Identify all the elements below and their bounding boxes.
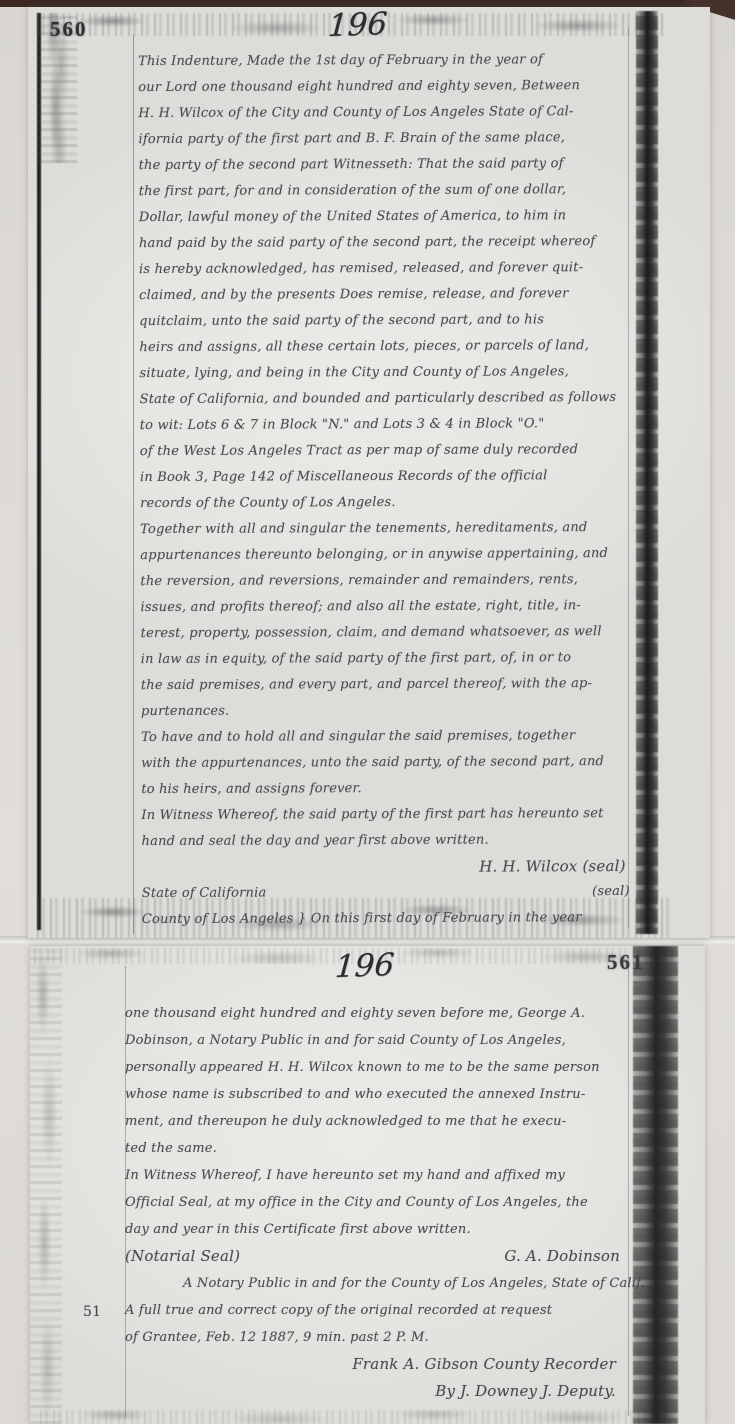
handwritten-line: In Witness Whereof, I have hereunto set … [125, 1162, 620, 1189]
handwritten-line: appurtenances thereunto belonging, or in… [140, 541, 628, 569]
handwritten-line: quitclaim, unto the said party of the se… [139, 307, 627, 335]
line-text: ted the same. [125, 1141, 217, 1156]
line-text: Frank A. Gibson County Recorder [352, 1355, 616, 1373]
handwritten-line: our Lord one thousand eight hundred and … [138, 73, 626, 101]
line-text: Dobinson, a Notary Public in and for sai… [125, 1033, 566, 1048]
handwritten-line: the party of the second part Witnesseth:… [139, 151, 627, 179]
handwritten-line: 51A full true and correct copy of the or… [125, 1297, 620, 1324]
page2-right-rule [628, 956, 629, 1416]
line-text: heirs and assigns, all these certain lot… [139, 338, 589, 355]
line-text: of the West Los Angeles Tract as per map… [140, 442, 578, 459]
line-text: By J. Downey J. Deputy. [435, 1382, 616, 1400]
line-text: (Notarial Seal) [125, 1247, 240, 1265]
handwritten-line: A Notary Public in and for the County of… [125, 1270, 620, 1297]
line-text: ment, and thereupon he duly acknowledged… [125, 1114, 566, 1129]
line-text: Official Seal, at my office in the City … [125, 1195, 588, 1210]
line-text: of Grantee, Feb. 12 1887, 9 min. past 2 … [125, 1330, 429, 1345]
line-text: To have and to hold all and singular the… [141, 728, 575, 745]
line-text: one thousand eight hundred and eighty se… [125, 1006, 585, 1021]
line-text: whose name is subscribed to and who exec… [125, 1087, 585, 1102]
handwritten-line: the first part, for and in consideration… [139, 177, 627, 205]
handwritten-line: H. H. Wilcox of the City and County of L… [138, 99, 626, 127]
handwritten-line: To have and to hold all and singular the… [141, 723, 629, 751]
page1-deed-text: This Indenture, Made the 1st day of Febr… [138, 47, 630, 933]
handwritten-line: situate, lying, and being in the City an… [139, 359, 627, 387]
line-text: in law as in equity, of the said party o… [141, 650, 571, 667]
line-text: our Lord one thousand eight hundred and … [138, 78, 580, 95]
line-text: terest, property, possession, claim, and… [141, 624, 602, 641]
line-text: A Notary Public in and for the County of… [183, 1276, 645, 1291]
page2-bottom-scan-band [40, 1410, 665, 1424]
line-text: is hereby acknowledged, has remised, rel… [139, 260, 583, 277]
handwritten-line: ment, and thereupon he duly acknowledged… [125, 1108, 620, 1135]
handwritten-line: is hereby acknowledged, has remised, rel… [139, 255, 627, 283]
handwritten-line: with the appurtenances, unto the said pa… [141, 749, 629, 777]
line-text: records of the County of Los Angeles. [140, 495, 396, 511]
handwritten-line: one thousand eight hundred and eighty se… [125, 1000, 620, 1027]
handwritten-line: day and year in this Certificate first a… [125, 1216, 620, 1243]
line-text: quitclaim, unto the said party of the se… [139, 312, 544, 329]
handwritten-line: heirs and assigns, all these certain lot… [139, 333, 627, 361]
handwritten-line: Frank A. Gibson County Recorder [125, 1351, 620, 1378]
line-text: claimed, and by the presents Does remise… [139, 286, 568, 303]
line-text: purtenances. [141, 704, 230, 719]
handwritten-line: hand paid by the said party of the secon… [139, 229, 627, 257]
line-text: Dollar, lawful money of the United State… [139, 208, 566, 225]
handwritten-line: H. H. Wilcox (seal) [142, 853, 630, 881]
line-text: Together with all and singular the tenem… [140, 520, 587, 537]
line-text: H. H. Wilcox of the City and County of L… [138, 104, 573, 121]
line-text: in Book 3, Page 142 of Miscellaneous Rec… [140, 468, 548, 485]
handwritten-line: County of Los Angeles } On this first da… [142, 905, 630, 933]
handwritten-line: purtenances. [141, 697, 629, 725]
handwritten-line: of the West Los Angeles Tract as per map… [140, 437, 628, 465]
line-text: personally appeared H. H. Wilcox known t… [125, 1060, 600, 1075]
handwritten-line: the reversion, and reversions, remainder… [140, 567, 628, 595]
handwritten-line: records of the County of Los Angeles. [140, 489, 628, 517]
handwritten-line: the said premises, and every part, and p… [141, 671, 629, 699]
line-text: with the appurtenances, unto the said pa… [141, 754, 604, 771]
handwritten-line: of Grantee, Feb. 12 1887, 9 min. past 2 … [125, 1324, 620, 1351]
line-text: hand and seal the day and year first abo… [141, 833, 488, 850]
line-text: A full true and correct copy of the orig… [125, 1303, 552, 1318]
handwritten-line: State of California(seal) [142, 879, 630, 907]
handwritten-line: Dollar, lawful money of the United State… [139, 203, 627, 231]
handwritten-line: terest, property, possession, claim, and… [141, 619, 629, 647]
line-right-text: G. A. Dobinson [504, 1243, 620, 1270]
line-text: hand paid by the said party of the secon… [139, 234, 595, 251]
line-text: the first part, for and in consideration… [139, 182, 567, 199]
line-text: H. H. Wilcox (seal) [479, 857, 626, 876]
deed-page-scan-2: 196 561 one thousand eight hundred and e… [30, 946, 705, 1424]
line-text: State of California, and bounded and par… [140, 390, 617, 407]
line-text: appurtenances thereunto belonging, or in… [140, 546, 608, 563]
margin-entry-number: 51 [83, 1299, 101, 1326]
line-text: This Indenture, Made the 1st day of Febr… [138, 52, 543, 69]
line-text: the reversion, and reversions, remainder… [140, 572, 578, 589]
handwritten-line: in Book 3, Page 142 of Miscellaneous Rec… [140, 463, 628, 491]
handwritten-line: Together with all and singular the tenem… [140, 515, 628, 543]
handwritten-line: By J. Downey J. Deputy. [125, 1378, 620, 1405]
page2-record-number: 196 [334, 947, 396, 985]
line-text: situate, lying, and being in the City an… [139, 364, 569, 381]
handwritten-line: whose name is subscribed to and who exec… [125, 1081, 620, 1108]
page2-left-scan-blotch [30, 946, 62, 1424]
handwritten-line: ted the same. [125, 1135, 620, 1162]
line-text: to his heirs, and assigns forever. [141, 781, 362, 797]
handwritten-line: personally appeared H. H. Wilcox known t… [125, 1054, 620, 1081]
handwritten-line: Dobinson, a Notary Public in and for sai… [125, 1027, 620, 1054]
page2-book-page-number: 561 [607, 950, 645, 975]
scanned-deed-photo: { "document": { "type": "recorded quitcl… [0, 0, 735, 1424]
page1-margin-rule [133, 35, 134, 934]
handwritten-line: to wit: Lots 6 & 7 in Block "N." and Lot… [140, 411, 628, 439]
line-text: the party of the second part Witnesseth:… [139, 156, 564, 173]
handwritten-line: hand and seal the day and year first abo… [141, 827, 629, 855]
page1-binding-shadow [636, 11, 658, 934]
handwritten-line: This Indenture, Made the 1st day of Febr… [138, 47, 626, 75]
handwritten-line: State of California, and bounded and par… [140, 385, 628, 413]
handwritten-line: to his heirs, and assigns forever. [141, 775, 629, 803]
line-right-text: (seal) [592, 879, 630, 905]
line-text: the said premises, and every part, and p… [141, 676, 592, 693]
page1-record-number: 196 [327, 6, 389, 44]
handwritten-line: ifornia party of the first part and B. F… [138, 125, 626, 153]
line-text: County of Los Angeles } On this first da… [142, 910, 582, 927]
handwritten-line: Official Seal, at my office in the City … [125, 1189, 620, 1216]
page2-notary-text: one thousand eight hundred and eighty se… [125, 1000, 620, 1405]
line-text: day and year in this Certificate first a… [125, 1222, 471, 1237]
line-text: to wit: Lots 6 & 7 in Block "N." and Lot… [140, 416, 545, 433]
page1-book-page-number: 560 [50, 17, 88, 42]
handwritten-line: in law as in equity, of the said party o… [141, 645, 629, 673]
handwritten-line: claimed, and by the presents Does remise… [139, 281, 627, 309]
line-text: In Witness Whereof, I have hereunto set … [125, 1168, 565, 1183]
handwritten-line: (Notarial Seal)G. A. Dobinson [125, 1243, 620, 1270]
page2-binding-shadow [633, 946, 678, 1424]
deed-page-scan-1: 560 196 This Indenture, Made the 1st day… [28, 7, 710, 938]
handwritten-line: In Witness Whereof, the said party of th… [141, 801, 629, 829]
handwritten-line: issues, and profits thereof; and also al… [140, 593, 628, 621]
line-text: In Witness Whereof, the said party of th… [141, 806, 603, 823]
line-text: State of California [142, 886, 267, 902]
line-text: ifornia party of the first part and B. F… [138, 130, 565, 147]
line-text: issues, and profits thereof; and also al… [140, 598, 581, 615]
